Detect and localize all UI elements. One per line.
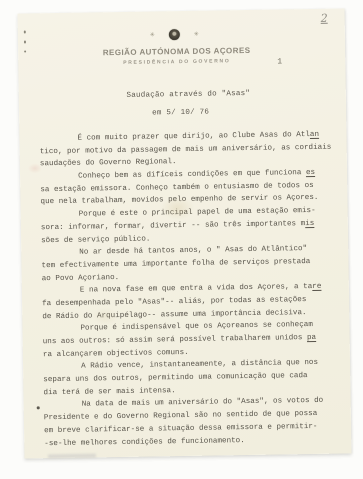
seal-side-mark-icon: ✳: [194, 31, 199, 37]
letterhead-dept: PRESIDÊNCIA DO GOVERNO: [13, 57, 340, 68]
document-paper: 2 ✳ ✳ REGIÃO AUTÓNOMA DOS AÇORES PRESIDÊ…: [18, 8, 352, 458]
seal-side-mark-icon: ✳: [150, 32, 155, 38]
document-title: Saudação através do "Asas": [25, 88, 352, 101]
document-date: em 5/ 10/ 76: [17, 106, 344, 119]
handwritten-page-number: 2: [321, 12, 328, 25]
azores-seal-icon: ✳ ✳: [11, 27, 338, 43]
scanned-document-page: { "page": { "handwritten_number": "2", "…: [0, 0, 363, 479]
scan-edge-shadow: [48, 454, 96, 459]
page-number: 1: [277, 57, 282, 66]
ink-dot-artifact: [37, 406, 40, 409]
document-body: É com muito prazer que dirijo, ao Clube …: [39, 129, 344, 451]
coat-of-arms-icon: [169, 29, 180, 40]
